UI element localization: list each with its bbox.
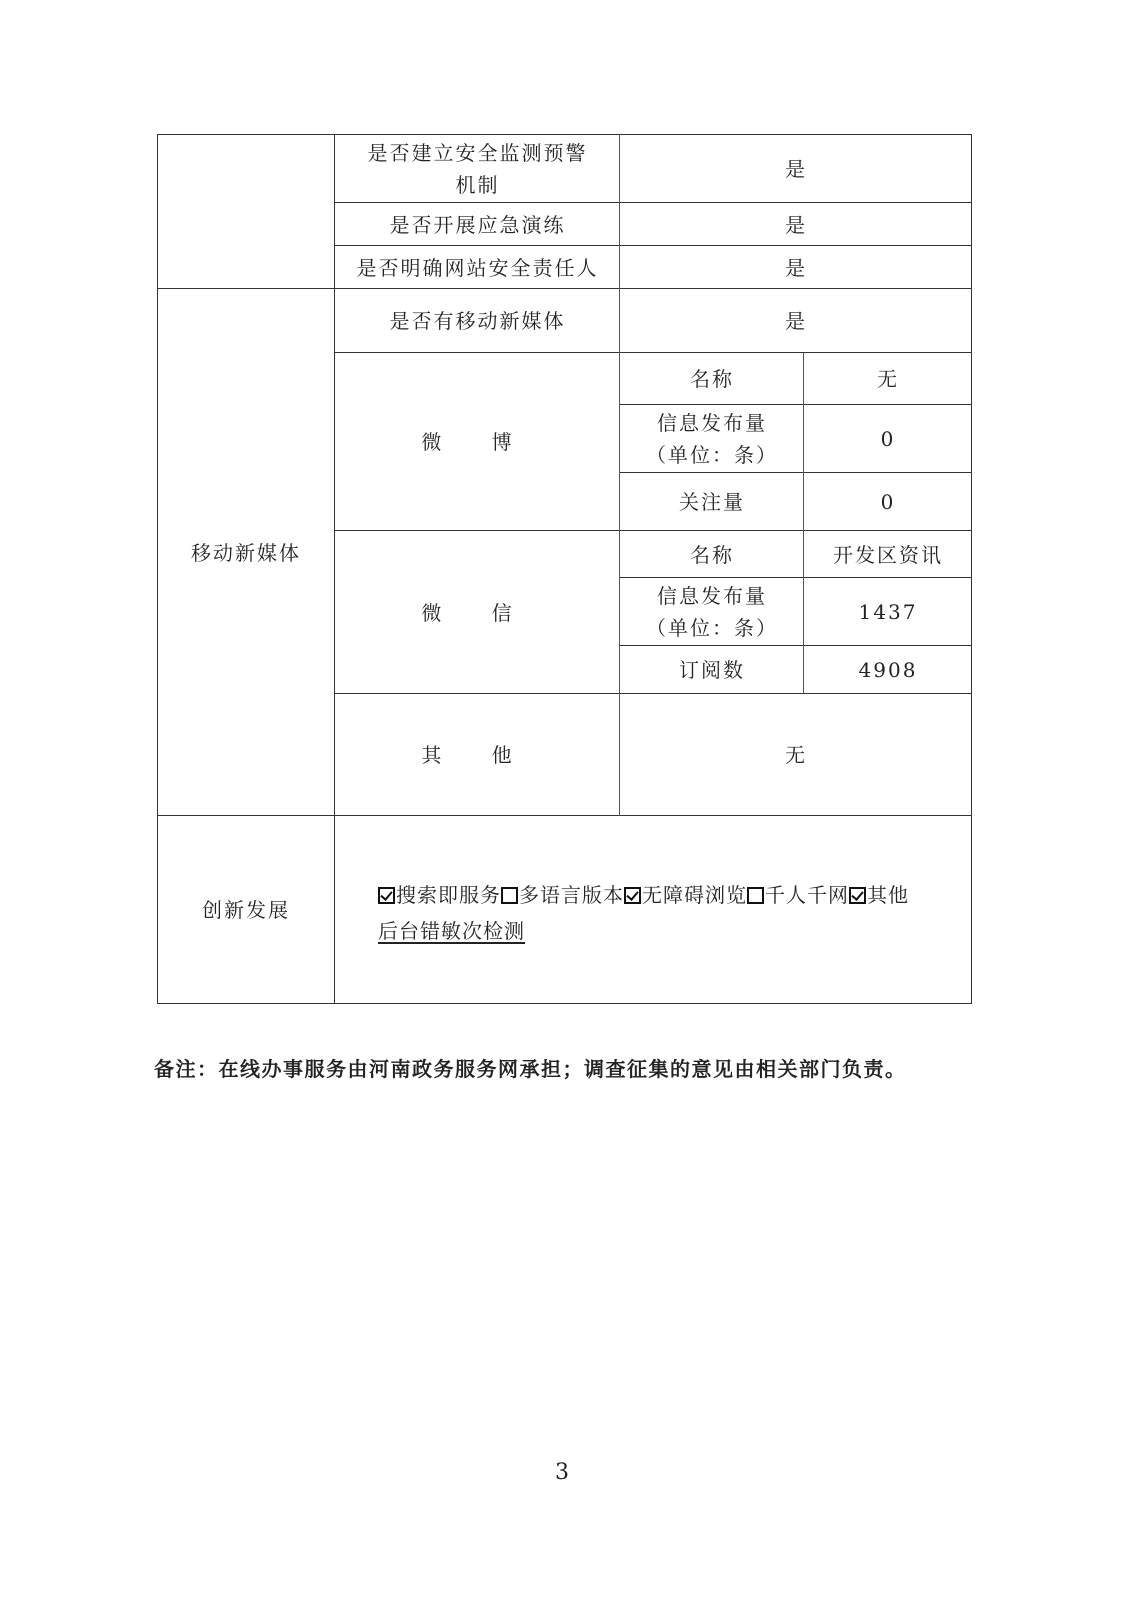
other-innovation-text: 后台错敏次检测 <box>378 919 525 943</box>
weibo-posts-label: 信息发布量 （单位：条） <box>620 405 804 473</box>
label-line: 机制 <box>456 169 500 201</box>
wechat-subscribers-label: 订阅数 <box>620 646 804 694</box>
label-line: 信息发布量 <box>657 580 767 612</box>
label-line: （单位：条） <box>646 612 778 644</box>
page-number: 3 <box>555 1460 569 1485</box>
checkbox-checked-icon[interactable] <box>849 887 866 904</box>
wechat-subscribers-value: 4908 <box>804 646 972 694</box>
other-media-value: 无 <box>620 694 972 816</box>
option-label: 其他 <box>867 883 909 907</box>
weibo-posts-value: 0 <box>804 405 972 473</box>
document-page: 是否建立安全监测预警 机制 是 是否开展应急演练 是 是否明确网站安全责任人 是… <box>0 0 1131 1600</box>
security-row-label: 是否明确网站安全责任人 <box>335 246 620 289</box>
wechat-posts-value: 1437 <box>804 578 972 646</box>
checkbox-unchecked-icon[interactable] <box>501 887 518 904</box>
weibo-followers-label: 关注量 <box>620 473 804 531</box>
label-line: 信息发布量 <box>657 407 767 439</box>
wechat-posts-label: 信息发布量 （单位：条） <box>620 578 804 646</box>
security-row-label: 是否开展应急演练 <box>335 203 620 246</box>
has-mobile-label: 是否有移动新媒体 <box>335 289 620 353</box>
option-label: 搜索即服务 <box>396 883 501 907</box>
checkbox-checked-icon[interactable] <box>378 887 395 904</box>
footnote: 备注：在线办事服务由河南政务服务网承担；调查征集的意见由相关部门负责。 <box>154 1053 907 1082</box>
weibo-name-label: 名称 <box>620 353 804 405</box>
security-row-value: 是 <box>620 135 972 203</box>
option-label: 无障碍浏览 <box>642 883 747 907</box>
option-label: 多语言版本 <box>519 883 624 907</box>
label-line: （单位：条） <box>646 439 778 471</box>
wechat-name-label: 名称 <box>620 531 804 578</box>
wechat-label: 微 信 <box>335 531 620 694</box>
checkbox-checked-icon[interactable] <box>624 887 641 904</box>
has-mobile-value: 是 <box>620 289 972 353</box>
label-line: 是否建立安全监测预警 <box>368 137 588 169</box>
security-row-value: 是 <box>620 203 972 246</box>
weibo-label: 微 博 <box>335 353 620 531</box>
checkbox-unchecked-icon[interactable] <box>747 887 764 904</box>
mobile-media-category: 移动新媒体 <box>157 289 335 816</box>
innovation-options: 搜索即服务多语言版本无障碍浏览千人千网其他 后台错敏次检测 <box>378 877 968 949</box>
innovation-category: 创新发展 <box>157 816 335 1004</box>
wechat-name-value: 开发区资讯 <box>804 531 972 578</box>
option-label: 千人千网 <box>765 883 849 907</box>
security-row-value: 是 <box>620 246 972 289</box>
security-row-label: 是否建立安全监测预警 机制 <box>335 135 620 203</box>
other-media-label: 其 他 <box>335 694 620 816</box>
weibo-name-value: 无 <box>804 353 972 405</box>
weibo-followers-value: 0 <box>804 473 972 531</box>
